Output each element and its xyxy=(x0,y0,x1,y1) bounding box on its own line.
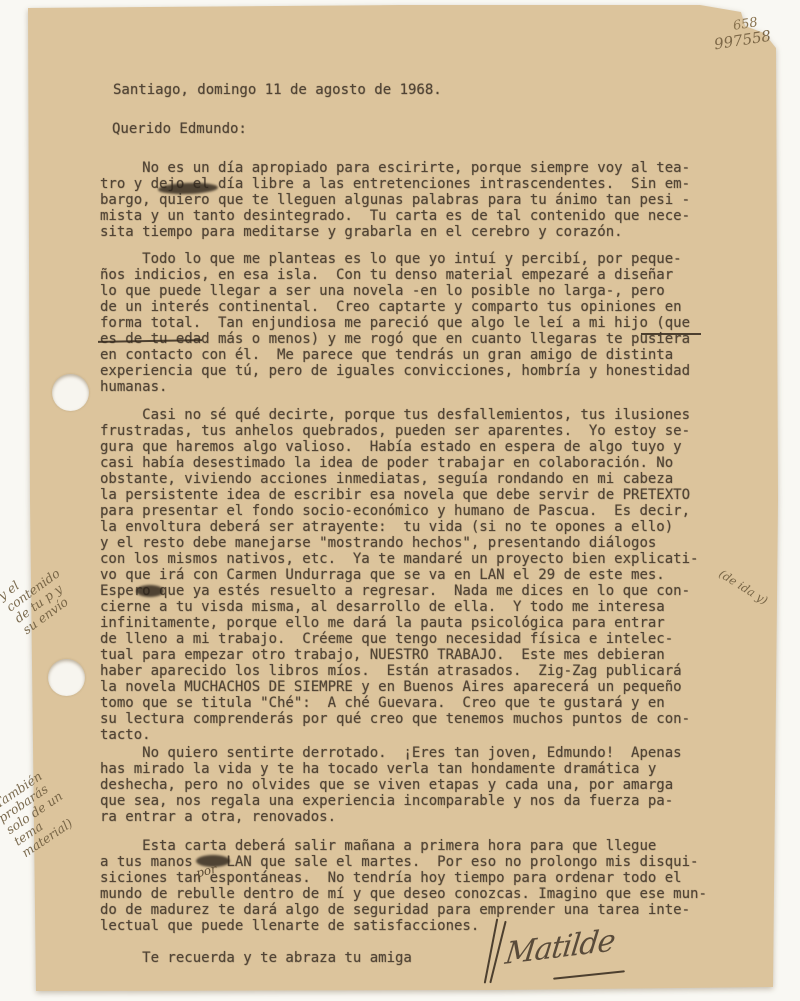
overline-pusiera xyxy=(641,333,701,335)
scanned-letter: 658 997558 Santiago, domingo 11 de agost… xyxy=(0,0,800,1001)
closing-line: Te recuerda y te abraza tu amiga xyxy=(100,950,412,966)
paragraph-4: No quiero sentirte derrotado. ¡Eres tan … xyxy=(100,745,682,825)
salutation: Querido Edmundo: xyxy=(112,121,247,137)
paragraph-2: Todo lo que me planteas es lo que yo int… xyxy=(100,251,690,395)
paragraph-1: No es un día apropiado para escirirte, p… xyxy=(100,160,690,240)
punch-hole-bottom xyxy=(48,659,85,696)
date-line: Santiago, domingo 11 de agosto de 1968. xyxy=(113,82,442,98)
paragraph-5: Esta carta deberá salir mañana a primera… xyxy=(100,838,707,934)
ink-blot-espero xyxy=(136,585,164,597)
paragraph-3: Casi no sé qué decirte, porque tus desfa… xyxy=(100,407,698,743)
punch-hole-top xyxy=(52,374,89,411)
